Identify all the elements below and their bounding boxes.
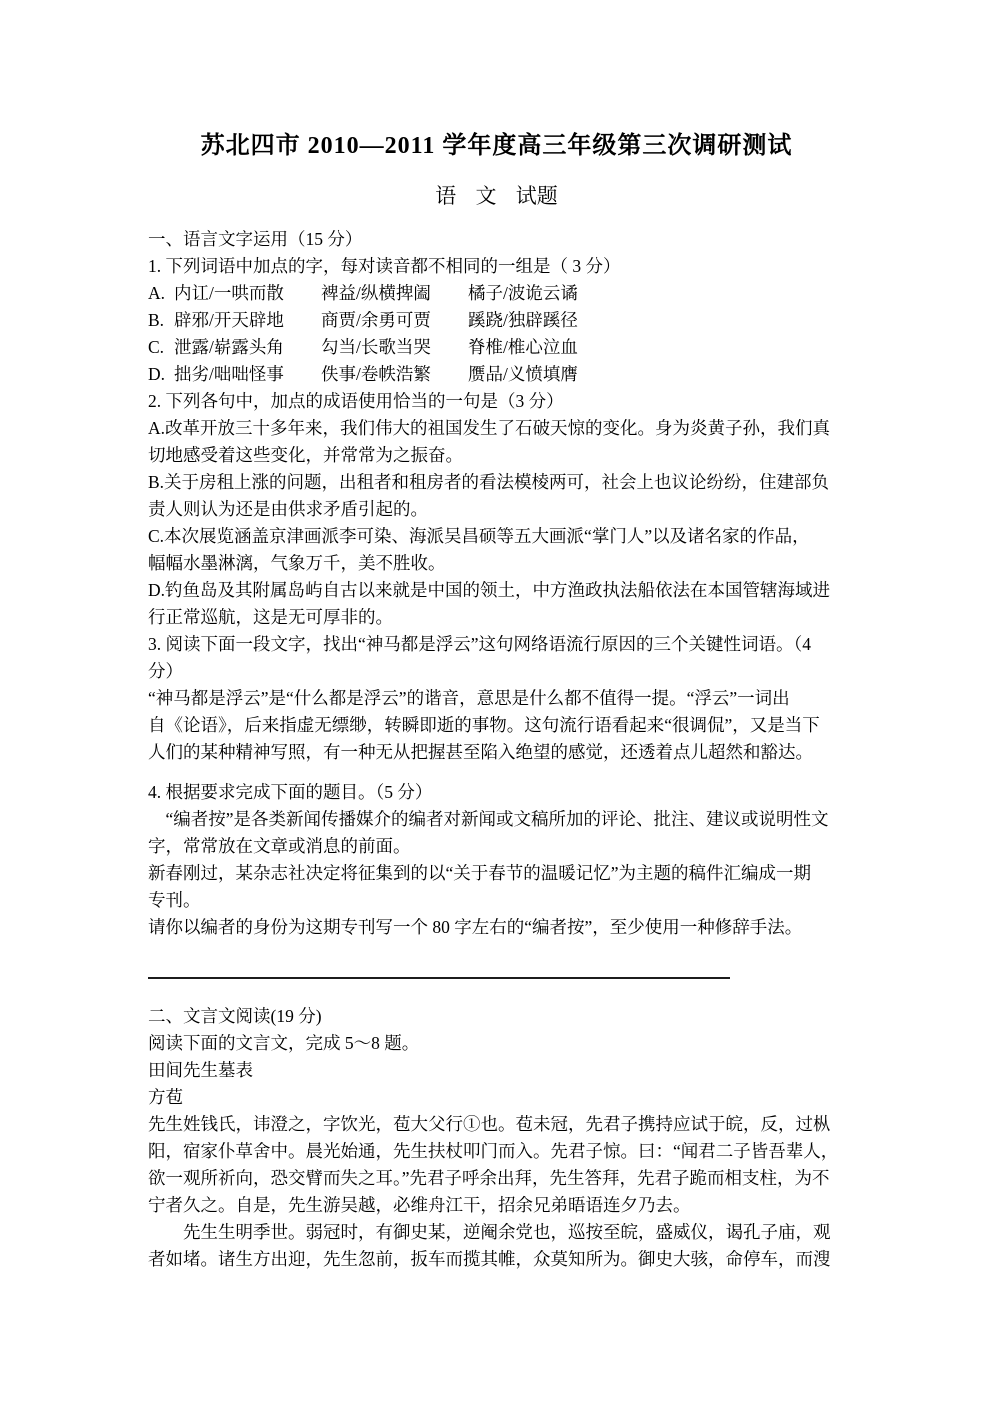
- choice-column: 赝品/义愤填膺: [468, 361, 578, 388]
- choice-line: A.内讧/一哄而散裨益/纵横捭阖橘子/波诡云谲: [148, 280, 864, 307]
- text-line: 先生生明季世。弱冠时，有御史某，逆阉余党也，巡按至皖，盛威仪，谒孔子庙，观: [148, 1219, 864, 1246]
- text-line: 1. 下列词语中加点的字，每对读音都不相同的一组是（ 3 分）: [148, 253, 864, 280]
- document-body: 一、语言文字运用（15 分）1. 下列词语中加点的字，每对读音都不相同的一组是（…: [148, 226, 864, 1273]
- document-title: 苏北四市 2010—2011 学年度高三年级第三次调研测试: [0, 0, 993, 162]
- choice-column: 商贾/余勇可贾: [321, 307, 468, 334]
- text-line: 阳，宿家仆草舍中。晨光始通，先生扶杖叩门而入。先君子惊。曰：“闻君二子皆吾辈人，: [148, 1138, 864, 1165]
- choice-label: B.: [148, 307, 174, 334]
- text-line: 先生姓钱氏，讳澄之，字饮光，苞大父行①也。苞未冠，先君子携持应试于皖，反，过枞: [148, 1111, 864, 1138]
- text-line: 4. 根据要求完成下面的题目。（5 分）: [148, 779, 864, 806]
- choice-label: D.: [148, 361, 174, 388]
- choice-column: 内讧/一哄而散: [174, 280, 321, 307]
- choice-column: 拙劣/咄咄怪事: [174, 361, 321, 388]
- spacer: [148, 941, 864, 977]
- choice-column: 脊椎/椎心泣血: [468, 334, 578, 361]
- text-line: 责人则认为还是由供求矛盾引起的。: [148, 496, 864, 523]
- text-line: 自《论语》，后来指虚无缥缈，转瞬即逝的事物。这句流行语看起来“很调侃”，又是当下: [148, 712, 864, 739]
- text-line: 者如堵。诸生方出迎，先生忽前，扳车而揽其帷，众莫知所为。御史大骇，命停车，而溲: [148, 1246, 864, 1273]
- text-line: 宁者久之。自是，先生游吴越，必维舟江干，招余兄弟晤语连夕乃去。: [148, 1192, 864, 1219]
- choice-column: 辟邪/开天辟地: [174, 307, 321, 334]
- text-line: 专刊。: [148, 887, 864, 914]
- text-line: “编者按”是各类新闻传播媒介的编者对新闻或文稿所加的评论、批注、建议或说明性文: [148, 806, 864, 833]
- text-line: B.关于房租上涨的问题，出租者和租房者的看法模棱两可，社会上也议论纷纷，住建部负: [148, 469, 864, 496]
- text-line: 新春刚过，某杂志社决定将征集到的以“关于春节的温暖记忆”为主题的稿件汇编成一期: [148, 860, 864, 887]
- text-line: 阅读下面的文言文，完成 5～8 题。: [148, 1030, 864, 1057]
- text-line: 请你以编者的身份为这期专刊写一个 80 字左右的“编者按”，至少使用一种修辞手法…: [148, 914, 864, 941]
- spacer: [148, 766, 864, 779]
- text-line: 2. 下列各句中，加点的成语使用恰当的一句是（3 分）: [148, 388, 864, 415]
- choice-column: 橘子/波诡云谲: [468, 280, 578, 307]
- choice-column: 泄露/崭露头角: [174, 334, 321, 361]
- section-heading: 二、文言文阅读(19 分): [148, 1003, 864, 1030]
- text-line: 幅幅水墨淋漓，气象万千，美不胜收。: [148, 550, 864, 577]
- text-line: 欲一观所祈向，恐交臂而失之耳。”先君子呼余出拜，先生答拜，先君子跪而相支柱，为不: [148, 1165, 864, 1192]
- choice-line: C.泄露/崭露头角勾当/长歌当哭脊椎/椎心泣血: [148, 334, 864, 361]
- text-line: 田间先生墓表: [148, 1057, 864, 1084]
- choice-column: 佚事/卷帙浩繁: [321, 361, 468, 388]
- text-line: “神马都是浮云”是“什么都是浮云”的谐音，意思是什么都不值得一提。“浮云”一词出: [148, 685, 864, 712]
- choice-line: B.辟邪/开天辟地商贾/余勇可贾蹊跷/独辟蹊径: [148, 307, 864, 334]
- text-line: 行正常巡航，这是无可厚非的。: [148, 604, 864, 631]
- text-line: C.本次展览涵盖京津画派李可染、海派吴昌硕等五大画派“掌门人”以及诸名家的作品，: [148, 523, 864, 550]
- text-line: 切地感受着这些变化，并常常为之振奋。: [148, 442, 864, 469]
- text-line: 字，常常放在文章或消息的前面。: [148, 833, 864, 860]
- choice-label: A.: [148, 280, 174, 307]
- text-line: A.改革开放三十多年来，我们伟大的祖国发生了石破天惊的变化。身为炎黄子孙，我们真: [148, 415, 864, 442]
- section-heading: 一、语言文字运用（15 分）: [148, 226, 864, 253]
- text-line: D.钓鱼岛及其附属岛屿自古以来就是中国的领土，中方渔政执法船依法在本国管辖海域进: [148, 577, 864, 604]
- text-line: 分）: [148, 658, 864, 685]
- exam-page: 苏北四市 2010—2011 学年度高三年级第三次调研测试 语 文 试题 一、语…: [0, 0, 993, 1404]
- text-line: 人们的某种精神写照，有一种无从把握甚至陷入绝望的感觉，还透着点儿超然和豁达。: [148, 739, 864, 766]
- document-subtitle: 语 文 试题: [0, 182, 993, 210]
- choice-label: C.: [148, 334, 174, 361]
- choice-column: 蹊跷/独辟蹊径: [468, 307, 578, 334]
- text-line: 3. 阅读下面一段文字，找出“神马都是浮云”这句网络语流行原因的三个关键性词语。…: [148, 631, 864, 658]
- choice-line: D.拙劣/咄咄怪事佚事/卷帙浩繁赝品/义愤填膺: [148, 361, 864, 388]
- spacer: [148, 979, 864, 1003]
- choice-column: 裨益/纵横捭阖: [321, 280, 468, 307]
- text-line: 方苞: [148, 1084, 864, 1111]
- choice-column: 勾当/长歌当哭: [321, 334, 468, 361]
